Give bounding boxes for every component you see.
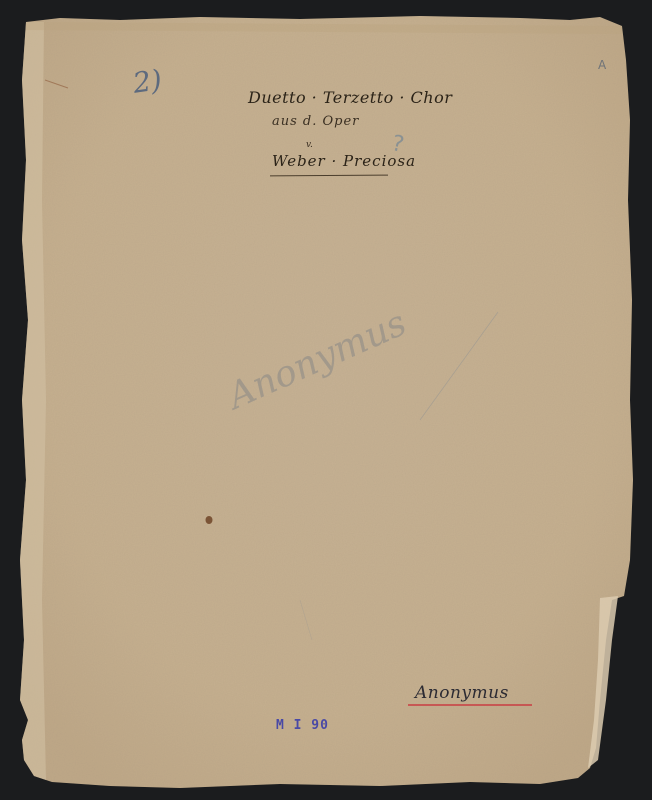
folio-note: A (598, 58, 606, 72)
attribution-underline (408, 704, 532, 706)
title-line-1: Duetto · Terzetto · Chor (248, 88, 452, 107)
corner-note: 2) (131, 63, 164, 100)
shelfmark-stamp: M I 90 (276, 718, 329, 733)
attribution-text: Anonymus (415, 683, 509, 703)
ink-stain (206, 516, 213, 524)
title-line-2: aus d. Oper (272, 114, 359, 129)
title-line-3: v. (306, 140, 313, 150)
scanned-document-view: 2) A Duetto · Terzetto · Chor aus d. Ope… (0, 0, 652, 800)
